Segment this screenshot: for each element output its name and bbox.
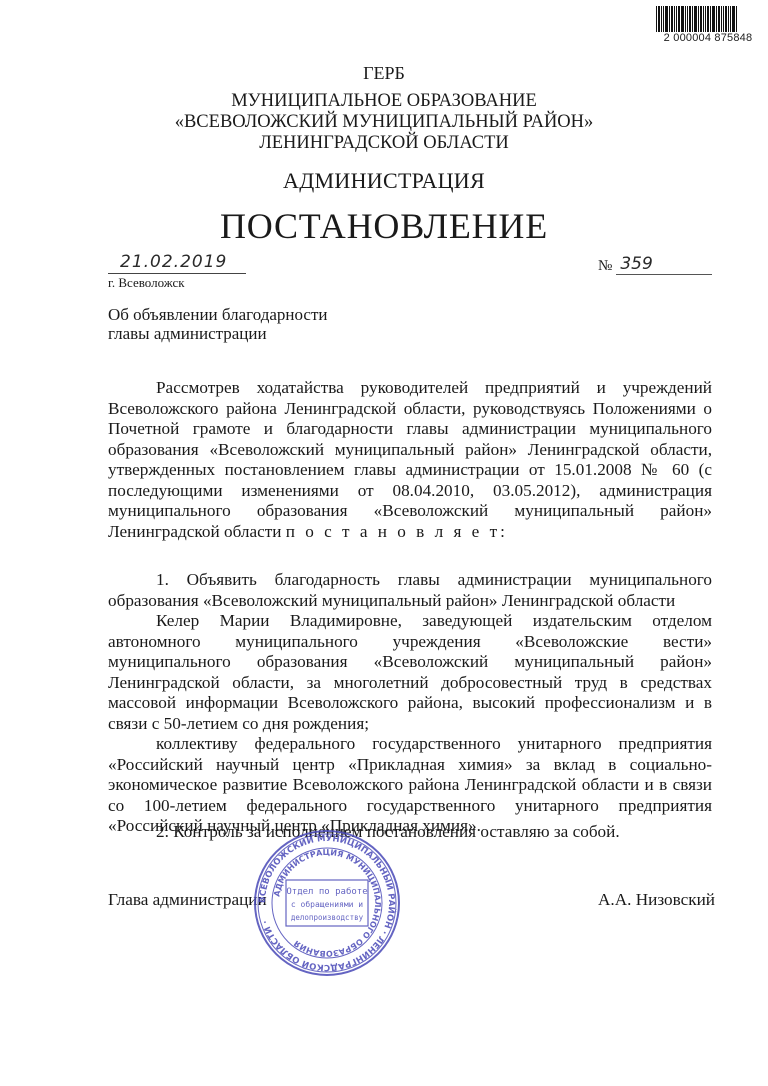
org-line: МУНИЦИПАЛЬНОЕ ОБРАЗОВАНИЕ xyxy=(0,91,768,112)
item-1-person: Келер Марии Владимировне, заведующей изд… xyxy=(108,611,712,734)
signatory-position: Глава администрации xyxy=(108,890,267,910)
resolution-items: 1. Объявить благодарность главы админист… xyxy=(108,570,712,837)
barcode-bars xyxy=(656,6,764,32)
org-line: «ВСЕВОЛОЖСКИЙ МУНИЦИПАЛЬНЫЙ РАЙОН» xyxy=(0,112,768,133)
subject-line: главы администрации xyxy=(108,324,328,343)
barcode: 2 000004 875848 xyxy=(652,6,764,44)
number-label: № xyxy=(598,258,612,275)
barcode-number: 2 000004 875848 xyxy=(652,32,764,44)
svg-text:Отдел по работе: Отдел по работе xyxy=(286,886,367,897)
handwritten-number: 359 xyxy=(616,254,712,275)
preamble-paragraph: Рассмотрев ходатайства руководителей пре… xyxy=(108,378,712,542)
city: г. Всеволожск xyxy=(108,275,246,291)
resolves-word: п о с т а н о в л я е т: xyxy=(286,522,508,541)
document-type-title: ПОСТАНОВЛЕНИЕ xyxy=(0,205,768,247)
svg-text:делопроизводству: делопроизводству xyxy=(291,913,364,922)
subject-line: Об объявлении благодарности xyxy=(108,305,328,324)
preamble: Рассмотрев ходатайства руководителей пре… xyxy=(108,378,712,542)
svg-text:с обращениями и: с обращениями и xyxy=(291,899,363,909)
org-line: ЛЕНИНГРАДСКОЙ ОБЛАСТИ xyxy=(0,133,768,154)
organization-name: МУНИЦИПАЛЬНОЕ ОБРАЗОВАНИЕ «ВСЕВОЛОЖСКИЙ … xyxy=(0,91,768,154)
handwritten-date: 21.02.2019 xyxy=(108,252,246,274)
date-block: 21.02.2019 г. Всеволожск xyxy=(108,252,246,291)
issuing-body: АДМИНИСТРАЦИЯ xyxy=(0,168,768,194)
document-subject: Об объявлении благодарности главы админи… xyxy=(108,305,328,343)
emblem-placeholder: ГЕРБ xyxy=(0,63,768,84)
signatory-name: А.А. Низовский xyxy=(598,890,715,910)
document-number-block: № 359 xyxy=(598,254,712,275)
item-1-heading: 1. Объявить благодарность главы админист… xyxy=(108,570,712,611)
official-stamp-icon: ВСЕВОЛОЖСКИЙ МУНИЦИПАЛЬНЫЙ РАЙОН · ЛЕНИН… xyxy=(252,828,402,978)
preamble-text: Рассмотрев ходатайства руководителей пре… xyxy=(108,378,712,541)
